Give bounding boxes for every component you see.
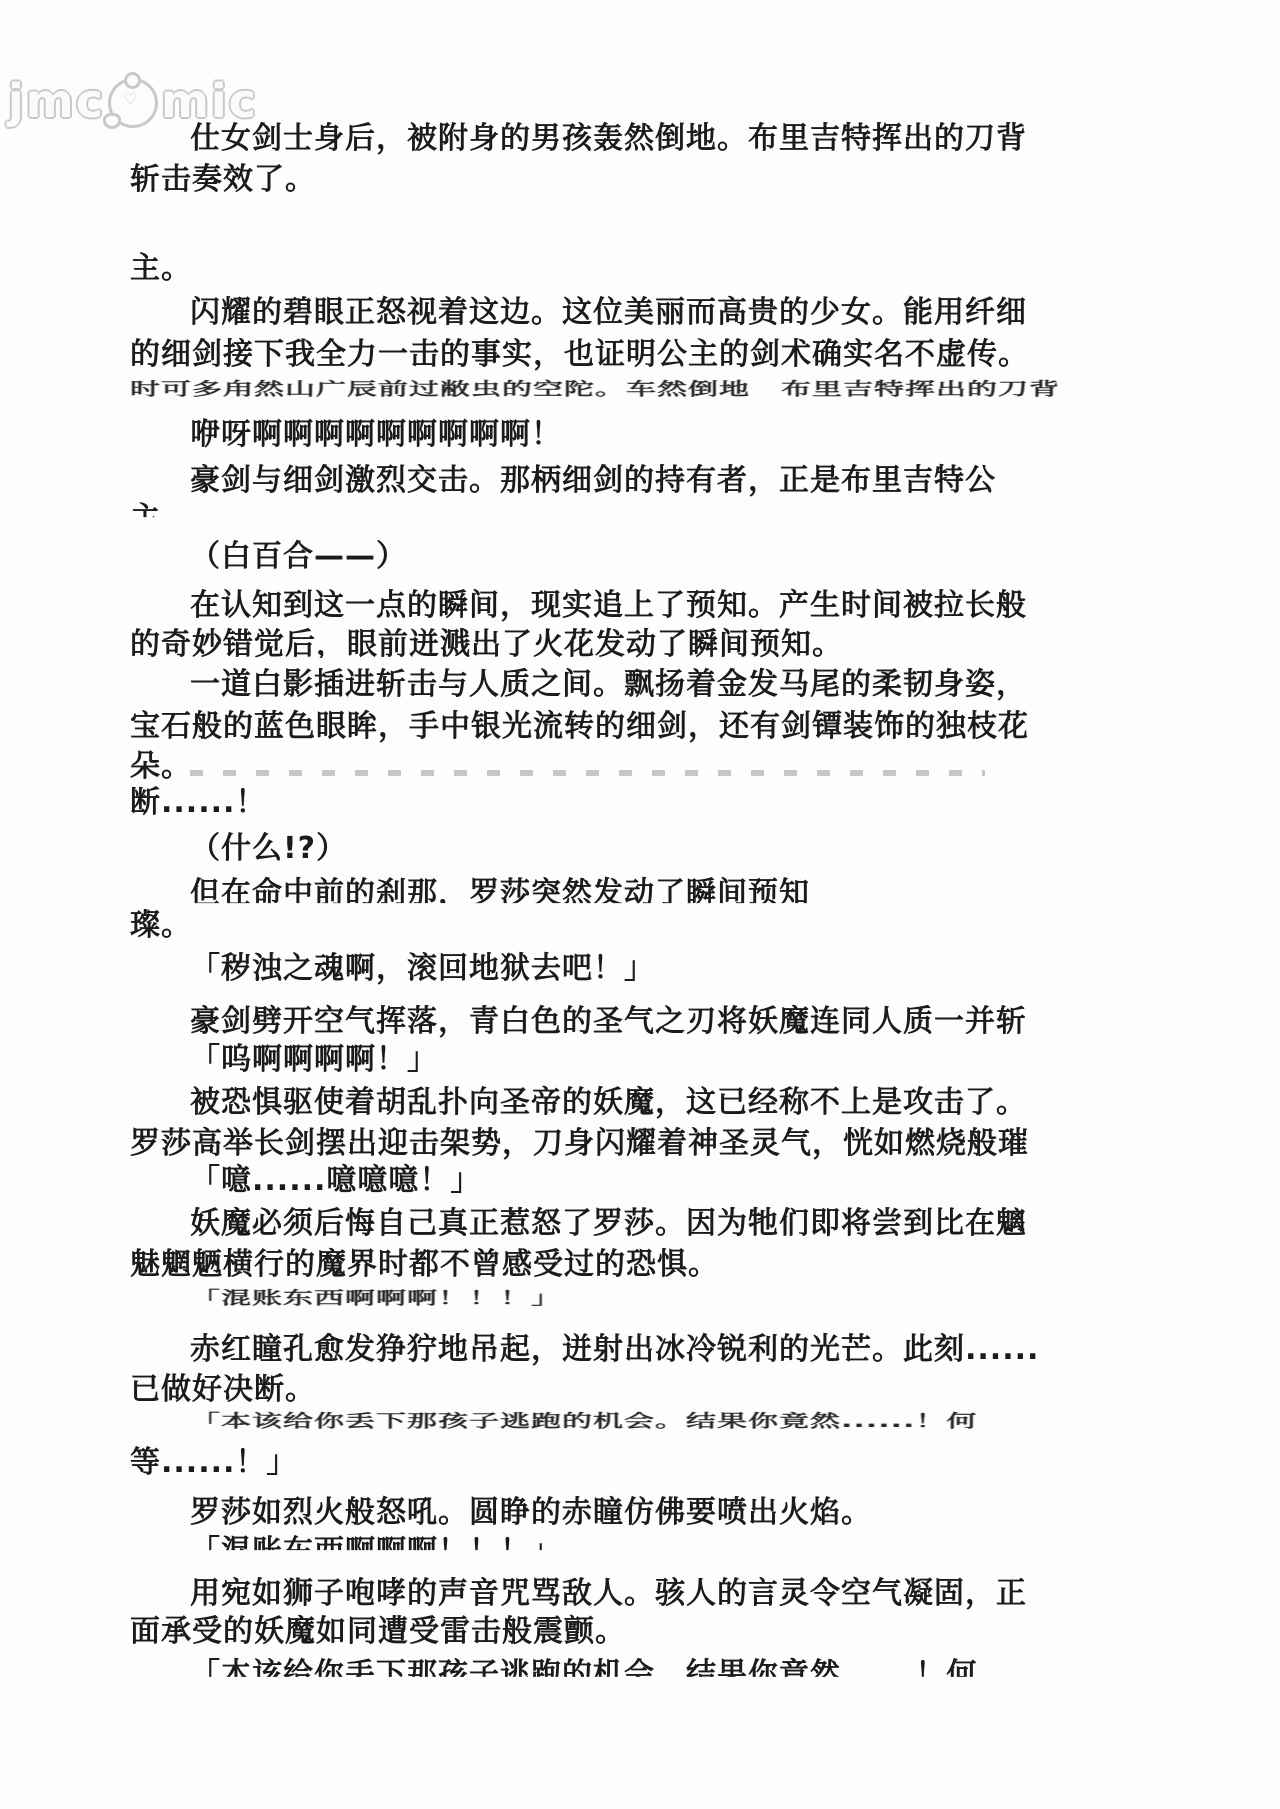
text-line: 断......！ (130, 784, 266, 822)
text-line: 时可多甪然山广辰前过敝虫的空陀。车然倒地 布里吉特挥出的刀背 (130, 379, 1060, 401)
text-line: 主。 (130, 500, 192, 538)
text-line: 闪耀的碧眼正怒视着这边。这位美丽而高贵的少女。能用纤细 (130, 294, 1027, 332)
text-line: 「呜啊啊啊啊！」 (130, 1041, 438, 1079)
text-line: 被恐惧驱使着胡乱扑向圣帝的妖魔，这已经称不上是攻击了。 (130, 1084, 1027, 1122)
text-line: 等......！」 (130, 1444, 297, 1482)
text-line: 仕女剑士身后，被附身的男孩轰然倒地。布里吉特挥出的刀背 (130, 120, 1027, 158)
text-line: 妖魔必须后悔自己真正惹怒了罗莎。因为牠们即将尝到比在魑 (130, 1205, 1027, 1243)
text-line: 在认知到这一点的瞬间，现实追上了预知。产生时间被拉长般 (130, 587, 1027, 625)
ghost-line-artifact (190, 770, 985, 776)
text-line: 「本该给你丢下那孩子逃跑的机会。结果你竟然......！何 (130, 1656, 977, 1694)
page-text-area: 仕女剑士身后，被附身的男孩轰然倒地。布里吉特挥出的刀背斩击奏效了。主。闪耀的碧眼… (0, 0, 1280, 1809)
text-line: 罗莎如烈火般怒吼。圆睁的赤瞳仿佛要喷出火焰。 (130, 1494, 872, 1532)
text-line: 罗莎高举长剑摆出迎击架势，刀身闪耀着神圣灵气，恍如燃烧般璀 (130, 1125, 1029, 1163)
text-line: 「本该给你丢下那孩子逃跑的机会。结果你竟然......！何 (130, 1411, 977, 1433)
text-line: 主。 (130, 250, 192, 288)
text-line: 斩击奏效了。 (130, 161, 316, 199)
text-line: 「噫......噫噫噫！」 (130, 1162, 481, 1200)
text-line: 用宛如狮子咆哮的声音咒骂敌人。骇人的言灵令空气凝固，正 (130, 1575, 1027, 1613)
text-line: 的奇妙错觉后，眼前迸溅出了火花发动了瞬间预知。 (130, 626, 843, 664)
text-line: 豪剑与细剑激烈交击。那柄细剑的持有者，正是布里吉特公 (130, 462, 996, 500)
text-line: 「混账东西啊啊啊！！！」 (130, 1533, 562, 1571)
text-line: 一道白影插进斩击与人质之间。飘扬着金发马尾的柔韧身姿， (130, 666, 1027, 704)
scanned-novel-page: jmc ♡ mic 仕女剑士身后，被附身的男孩轰然倒地。布里吉特挥出的刀背斩击奏… (0, 0, 1280, 1809)
text-line: 的细剑接下我全力一击的事实，也证明公主的剑术确实名不虚传。 (130, 336, 1029, 374)
text-line: 朵。 (130, 748, 192, 786)
text-line: 「秽浊之魂啊，滚回地狱去吧！」 (130, 950, 655, 988)
text-line: 已做好决断。 (130, 1371, 316, 1409)
text-line: （什么!?） (130, 830, 347, 868)
text-line: 赤红瞳孔愈发狰狞地吊起，迸射出冰冷锐利的光芒。此刻...... (130, 1331, 1039, 1369)
text-line: 豪剑劈开空气挥落，青白色的圣气之刃将妖魔连同人质一并斩 (130, 1003, 1027, 1041)
text-line: 咿呀啊啊啊啊啊啊啊啊啊！ (130, 416, 562, 454)
text-line: 但在命中前的刹那，罗莎突然发动了瞬间预知 (130, 875, 810, 913)
text-line: 魅魍魉横行的魔界时都不曾感受过的恐惧。 (130, 1246, 719, 1284)
text-line: 面承受的妖魔如同遭受雷击般震颤。 (130, 1613, 626, 1651)
text-line: 宝石般的蓝色眼眸，手中银光流转的细剑，还有剑镡装饰的独枝花 (130, 708, 1029, 746)
text-line: （白百合——） (130, 538, 407, 576)
text-line: 「混账东西啊啊啊！！！」 (130, 1288, 562, 1310)
text-line: 璨。 (130, 907, 192, 945)
